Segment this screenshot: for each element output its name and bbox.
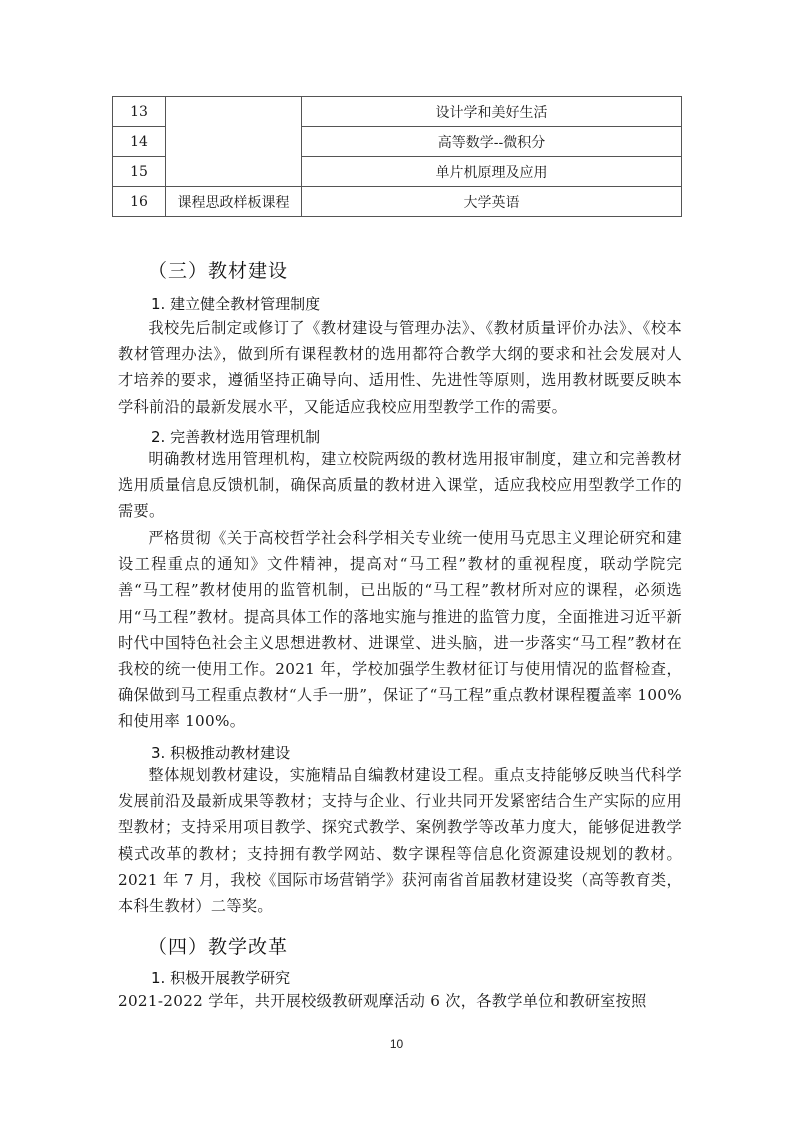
document-page: 13 设计学和美好生活 14 高等数学--微积分 15 单片机原理及应用 16 … [0,0,793,1122]
section-heading: （四）教学改革 [148,932,288,959]
paragraph: 严格贯彻《关于高校哲学社会科学相关专业统一使用马克思主义理论研究和建设工程重点的… [118,525,682,735]
paragraph: 我校先后制定或修订了《教材建设与管理办法》、《教材质量评价办法》、《校本教材管理… [118,315,682,420]
row-number: 16 [113,187,166,217]
paragraph: 明确教材选用管理机构，建立校院两级的教材选用报审制度，建立和完善教材选用质量信息… [118,446,682,525]
paragraph: 2021-2022 学年，共开展校级教研观摩活动 6 次，各教学单位和教研室按照 [118,988,682,1014]
page-number: 10 [0,1037,793,1051]
category-cell [166,97,302,187]
course-table: 13 设计学和美好生活 14 高等数学--微积分 15 单片机原理及应用 16 … [112,96,682,217]
subsection-heading: 1. 积极开展教学研究 [151,967,290,988]
course-name: 大学英语 [302,187,682,217]
row-number: 14 [113,127,166,157]
table-row: 16 课程思政样板课程 大学英语 [113,187,682,217]
category-cell: 课程思政样板课程 [166,187,302,217]
paragraph: 整体规划教材建设，实施精品自编教材建设工程。重点支持能够反映当代科学发展前沿及最… [118,762,682,919]
course-name: 单片机原理及应用 [302,157,682,187]
section-heading: （三）教材建设 [148,256,288,283]
table-row: 13 设计学和美好生活 [113,97,682,127]
subsection-heading: 3. 积极推动教材建设 [151,742,290,763]
subsection-heading: 1. 建立健全教材管理制度 [151,293,320,314]
row-number: 13 [113,97,166,127]
course-name: 高等数学--微积分 [302,127,682,157]
row-number: 15 [113,157,166,187]
subsection-heading: 2. 完善教材选用管理机制 [151,426,320,447]
course-name: 设计学和美好生活 [302,97,682,127]
